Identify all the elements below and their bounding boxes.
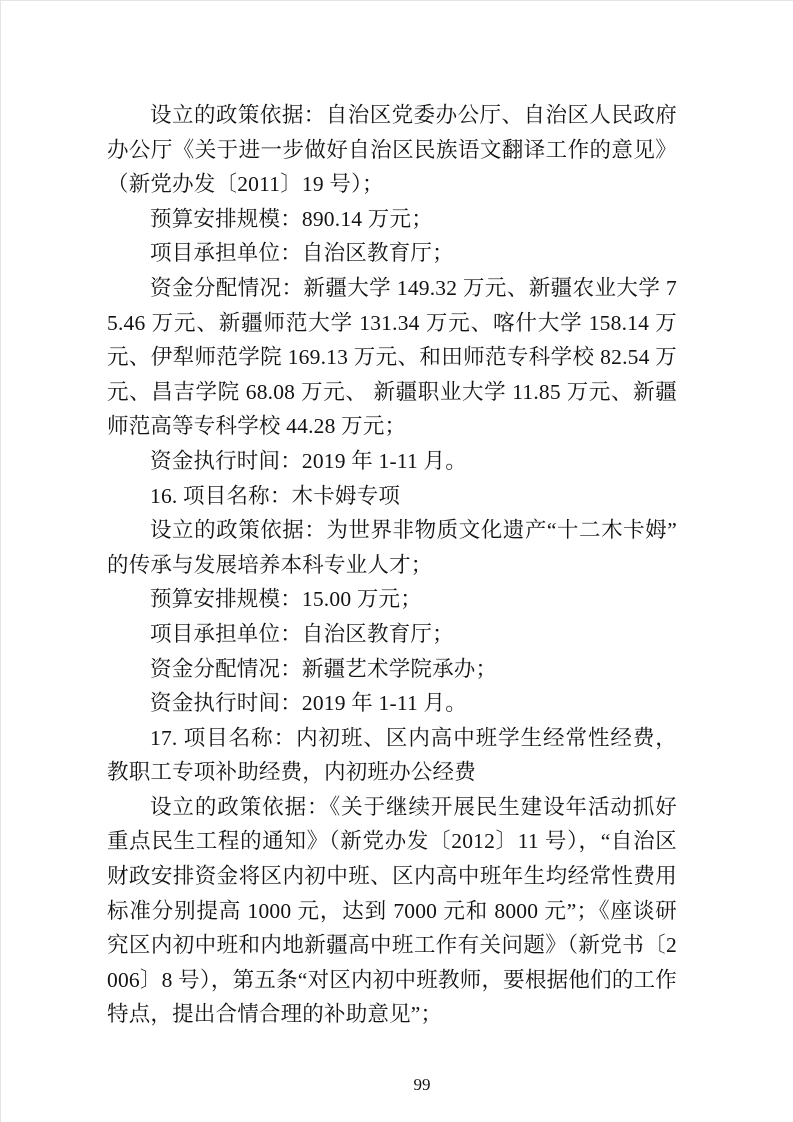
paragraph: 资金分配情况：新疆大学 149.32 万元、新疆农业大学 75.46 万元、新疆… [107, 271, 677, 444]
paragraph: 资金分配情况：新疆艺术学院承办； [107, 652, 677, 687]
paragraph: 设立的政策依据：自治区党委办公厅、自治区人民政府办公厅《关于进一步做好自治区民族… [107, 98, 677, 202]
paragraph: 资金执行时间：2019 年 1-11 月。 [107, 444, 677, 479]
page-footer: 99 [1, 1075, 793, 1095]
paragraph: 预算安排规模：15.00 万元； [107, 582, 677, 617]
document-page: 设立的政策依据：自治区党委办公厅、自治区人民政府办公厅《关于进一步做好自治区民族… [0, 0, 793, 1122]
paragraph: 资金执行时间：2019 年 1-11 月。 [107, 686, 677, 721]
paragraph: 项目承担单位：自治区教育厅； [107, 617, 677, 652]
document-body: 设立的政策依据：自治区党委办公厅、自治区人民政府办公厅《关于进一步做好自治区民族… [107, 98, 677, 1032]
paragraph: 设立的政策依据：《关于继续开展民生建设年活动抓好重点民生工程的通知》（新党办发〔… [107, 790, 677, 1032]
paragraph: 17. 项目名称：内初班、区内高中班学生经常性经费，教职工专项补助经费，内初班办… [107, 721, 677, 790]
page-number: 99 [414, 1075, 431, 1094]
paragraph: 设立的政策依据：为世界非物质文化遗产“十二木卡姆”的传承与发展培养本科专业人才； [107, 513, 677, 582]
paragraph: 16. 项目名称：木卡姆专项 [107, 479, 677, 514]
paragraph: 预算安排规模：890.14 万元； [107, 202, 677, 237]
paragraph: 项目承担单位：自治区教育厅； [107, 236, 677, 271]
